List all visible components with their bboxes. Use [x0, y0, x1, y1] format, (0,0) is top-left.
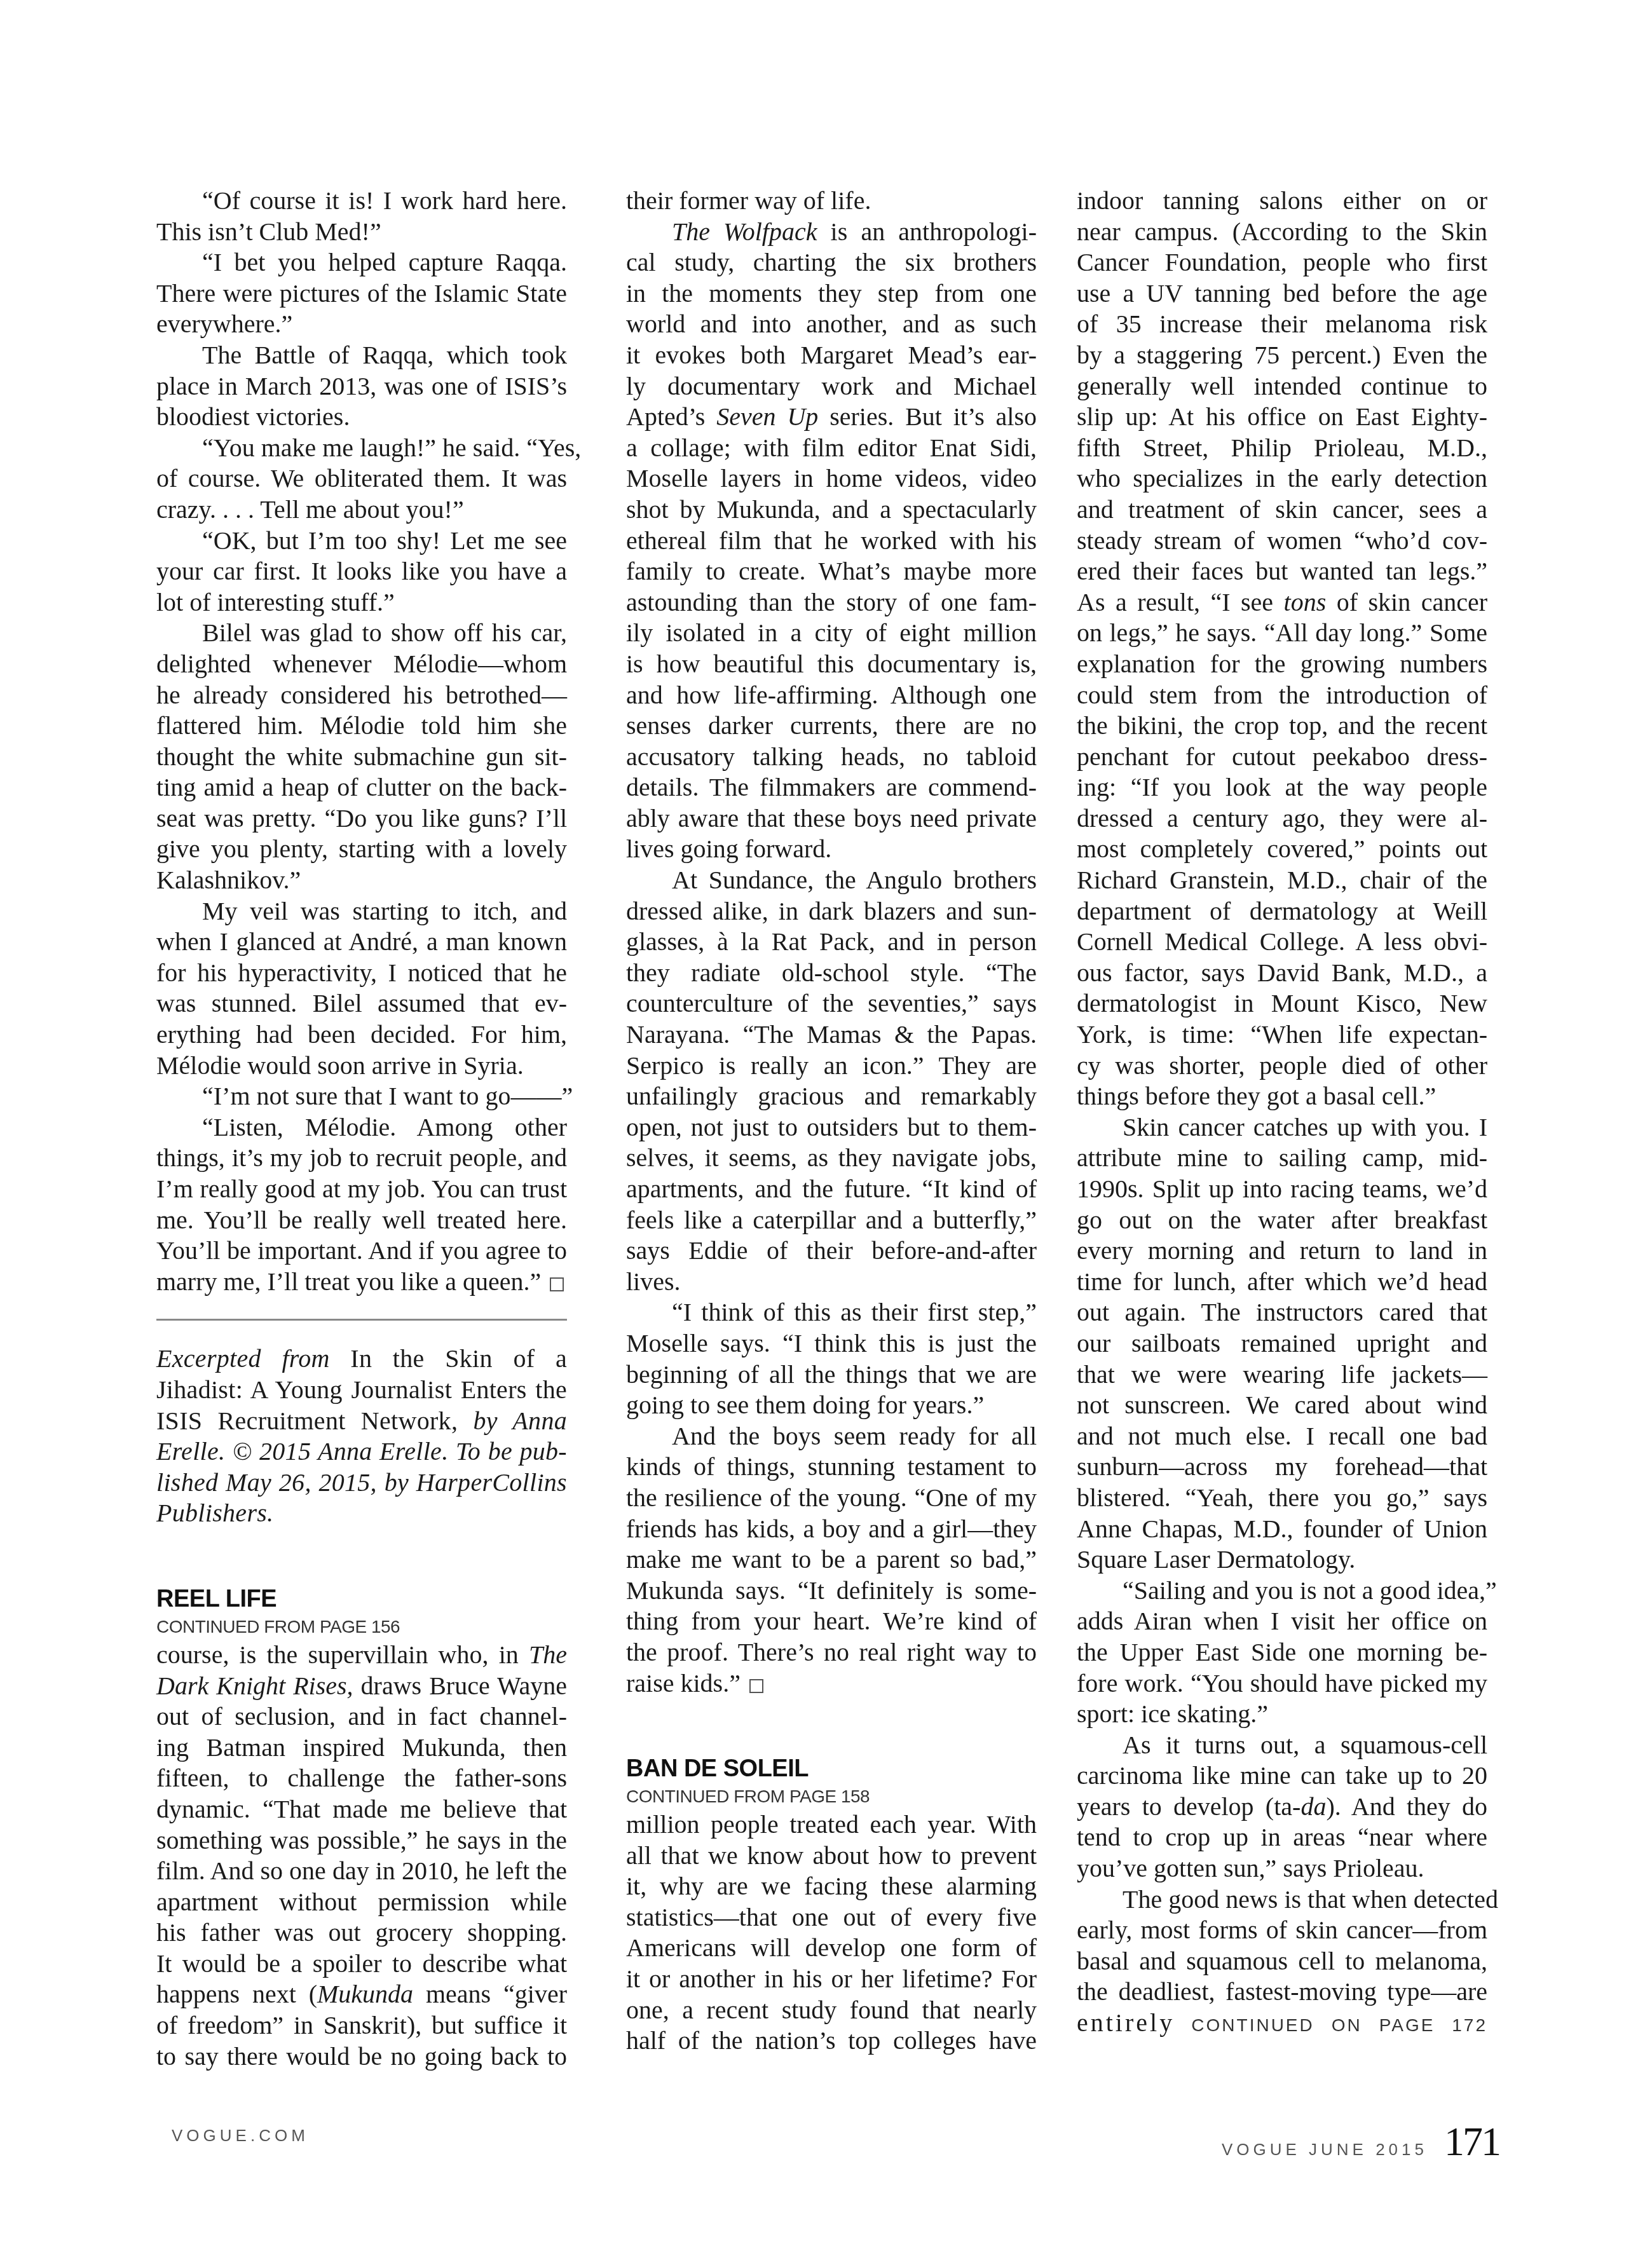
text-run: Mukunda says. “It definitely is some- — [626, 1576, 1037, 1605]
text-line: early, most forms of skin cancer—from — [1077, 1915, 1487, 1946]
text-run: fifth Street, Philip Prioleau, M.D., — [1077, 433, 1487, 462]
text-run: raise kids.” — [626, 1669, 741, 1698]
text-line: Narayana. “The Mamas & the Papas. — [626, 1019, 1037, 1051]
text-line: “You make me laugh!” he said. “Yes, — [156, 433, 567, 464]
text-run: on legs,” he says. “All day long.” Some — [1077, 618, 1487, 647]
end-of-story-square-icon — [749, 1679, 763, 1693]
text-line: open, not just to outsiders but to them- — [626, 1112, 1037, 1143]
text-run: out again. The instructors cared that — [1077, 1298, 1487, 1326]
text-run: thought the white submachine gun sit- — [156, 742, 567, 771]
text-line: explanation for the growing numbers — [1077, 649, 1487, 680]
text-run: generally well intended continue to — [1077, 372, 1487, 400]
text-run: tend to crop up in areas “near where — [1077, 1823, 1487, 1851]
italic-text: Mukunda — [317, 1980, 413, 2008]
text-run: cy was shorter, people died of other — [1077, 1051, 1487, 1080]
text-line: Anne Chapas, M.D., founder of Union — [1077, 1514, 1487, 1545]
text-run: dermatologist in Mount Kisco, New — [1077, 989, 1487, 1018]
text-line: million people treated each year. With — [626, 1809, 1037, 1841]
text-line: it, why are we facing these alarming — [626, 1871, 1037, 1902]
text-run: In the Skin of a — [330, 1344, 567, 1373]
text-run: counterculture of the seventies,” says — [626, 989, 1037, 1018]
text-line: selves, it seems, as they navigate jobs, — [626, 1143, 1037, 1174]
text-line: Dark Knight Rises, draws Bruce Wayne — [156, 1671, 567, 1702]
text-line: Moselle layers in home videos, video — [626, 463, 1037, 494]
text-line: world and into another, and as such — [626, 309, 1037, 340]
text-line: shot by Mukunda, and a spectacularly — [626, 494, 1037, 526]
text-line: astounding than the story of one fam- — [626, 587, 1037, 618]
text-line: of 35 increase their melanoma risk — [1077, 309, 1487, 340]
text-line: go out on the water after breakfast — [1077, 1205, 1487, 1236]
text-run: of 35 increase their melanoma risk — [1077, 310, 1487, 338]
text-run: Mélodie would soon arrive in Syria. — [156, 1051, 524, 1080]
text-line: they radiate old-school style. “The — [626, 958, 1037, 989]
italic-text: The — [529, 1640, 567, 1669]
text-line: Richard Granstein, M.D., chair of the — [1077, 865, 1487, 896]
text-line: At Sundance, the Angulo brothers — [626, 865, 1037, 896]
text-line: Mukunda says. “It definitely is some- — [626, 1576, 1037, 1607]
text-line: erything had been decided. For him, — [156, 1019, 567, 1051]
text-line: half of the nation’s top colleges have — [626, 2025, 1037, 2057]
text-line: ous factor, says David Bank, M.D., a — [1077, 958, 1487, 989]
text-line: flattered him. Mélodie told him she — [156, 711, 567, 742]
text-line: I’m really good at my job. You can trust — [156, 1174, 567, 1205]
text-run: As a result, “I see — [1077, 588, 1284, 616]
story-body-jihadist-excerpt: “Of course it is! I work hard here.This … — [156, 186, 567, 1297]
story-body-ban-de-soleil: million people treated each year. Withal… — [626, 1809, 1037, 2057]
text-line: sport: ice skating.” — [1077, 1699, 1487, 1730]
text-line: thing from your heart. We’re kind of — [626, 1606, 1037, 1637]
text-run: make me want to be a parent so bad,” — [626, 1545, 1037, 1574]
text-run: Bilel was glad to show off his car, — [202, 618, 567, 647]
text-line: time for lunch, after which we’d head — [1077, 1267, 1487, 1298]
text-run: it, why are we facing these alarming — [626, 1872, 1037, 1900]
text-run: slip up: At his office on East Eighty- — [1077, 402, 1487, 431]
text-line: fore work. “You should have picked my — [1077, 1668, 1487, 1699]
column-2: their former way of life.The Wolfpack is… — [626, 186, 1037, 2057]
text-run: “You make me laugh!” he said. “Yes, — [202, 433, 581, 462]
text-run: York, is time: “When life expectan- — [1077, 1020, 1487, 1049]
text-line: feels like a caterpillar and a butterfly… — [626, 1205, 1037, 1236]
section-spacer — [156, 1529, 567, 1580]
italic-text: Erelle. © 2015 Anna Erelle. To be pub- — [156, 1437, 567, 1466]
text-run: things, it’s my job to recruit people, a… — [156, 1143, 567, 1172]
text-line: the bikini, the crop top, and the recent — [1077, 711, 1487, 742]
text-line: fifteen, to challenge the father-sons — [156, 1763, 567, 1794]
text-line: adds Airan when I visit her office on — [1077, 1606, 1487, 1637]
text-run: the deadliest, fastest-moving type—are — [1077, 1977, 1487, 2006]
text-run: he already considered his betrothed— — [156, 681, 567, 709]
continued-on-jump-link[interactable]: CONTINUED ON PAGE 172 — [1191, 2015, 1487, 2035]
story-body-reel-life: course, is the supervillain who, in TheD… — [156, 1640, 567, 2072]
text-line: blistered. “Yeah, there you go,” says — [1077, 1483, 1487, 1514]
text-line: And the boys seem ready for all — [626, 1421, 1037, 1452]
text-line: slip up: At his office on East Eighty- — [1077, 402, 1487, 433]
text-run: ting amid a heap of clutter on the back- — [156, 773, 567, 801]
text-run: use a UV tanning bed before the age — [1077, 279, 1487, 308]
text-line: crazy. . . . Tell me about you!” — [156, 494, 567, 526]
text-run: out of seclusion, and in fact channel- — [156, 1702, 567, 1731]
text-run: shot by Mukunda, and a spectacularly — [626, 495, 1037, 524]
text-line: it evokes both Margaret Mead’s ear- — [626, 340, 1037, 371]
text-line: me. You’ll be really well treated here. — [156, 1205, 567, 1236]
text-run: it or another in his or her lifetime? Fo… — [626, 1964, 1037, 1993]
text-run: indoor tanning salons either on or — [1077, 186, 1487, 215]
text-run: it evokes both Margaret Mead’s ear- — [626, 341, 1037, 369]
text-run: open, not just to outsiders but to them- — [626, 1113, 1037, 1141]
text-line: details. The filmmakers are commend- — [626, 772, 1037, 803]
italic-text: Excerpted from — [156, 1344, 330, 1373]
text-line: fifth Street, Philip Prioleau, M.D., — [1077, 433, 1487, 464]
text-line: accusatory talking heads, no tabloid — [626, 742, 1037, 773]
text-line: ISIS Recruitment Network, by Anna — [156, 1406, 567, 1437]
text-line: This isn’t Club Med!” — [156, 217, 567, 248]
text-line: “OK, but I’m too shy! Let me see — [156, 526, 567, 557]
text-line: friends has kids, a boy and a girl—they — [626, 1514, 1037, 1545]
text-line: Bilel was glad to show off his car, — [156, 618, 567, 649]
text-line: the deadliest, fastest-moving type—are — [1077, 1977, 1487, 2008]
text-run: And the boys seem ready for all — [672, 1422, 1037, 1450]
text-line: everywhere.” — [156, 309, 567, 340]
text-run: of freedom” in Sanskrit), but suffice it — [156, 2011, 567, 2039]
text-run: the bikini, the crop top, and the recent — [1077, 711, 1487, 740]
text-run: years to develop (ta- — [1077, 1792, 1300, 1821]
text-line: generally well intended continue to — [1077, 371, 1487, 402]
text-line: As a result, “I see tons of skin cancer — [1077, 587, 1487, 618]
text-run: ). And they do — [1326, 1792, 1487, 1821]
text-line: every morning and return to land in — [1077, 1235, 1487, 1267]
text-line: a collage; with film editor Enat Sidi, — [626, 433, 1037, 464]
text-run: “I bet you helped capture Raqqa. — [202, 248, 567, 276]
column-1: “Of course it is! I work hard here.This … — [156, 186, 567, 2072]
text-run: they radiate old-school style. “The — [626, 958, 1037, 987]
text-run: your car first. It looks like you have a — [156, 557, 567, 585]
text-line: dressed a century ago, they were al- — [1077, 803, 1487, 834]
text-line: penchant for cutout peekaboo dress- — [1077, 742, 1487, 773]
text-line: dressed alike, in dark blazers and sun- — [626, 896, 1037, 927]
text-line: thought the white submachine gun sit- — [156, 742, 567, 773]
text-run: of course. We obliterated them. It was — [156, 464, 567, 493]
text-run: ered their faces but wanted tan legs.” — [1077, 557, 1487, 585]
text-line: you’ve gotten sun,” says Prioleau. — [1077, 1853, 1487, 1884]
text-run: and treatment of skin cancer, sees a — [1077, 495, 1487, 524]
story-body-ban-de-soleil-continued: indoor tanning salons either on ornear c… — [1077, 186, 1487, 2008]
text-run: astounding than the story of one fam- — [626, 588, 1037, 616]
text-run: fore work. “You should have picked my — [1077, 1669, 1487, 1698]
text-line: kinds of things, stunning testament to — [626, 1452, 1037, 1483]
text-run: everywhere.” — [156, 310, 292, 338]
text-run: that we were wearing life jackets— — [1077, 1360, 1487, 1389]
text-run: their former way of life. — [626, 186, 871, 215]
end-of-story-square-icon — [550, 1277, 564, 1291]
text-line: lives. — [626, 1267, 1037, 1298]
text-run: accusatory talking heads, no tabloid — [626, 742, 1037, 771]
text-line: statistics—that one out of every five — [626, 1902, 1037, 1933]
text-run: marry me, I’ll treat you like a queen.” — [156, 1267, 541, 1296]
text-run: in the moments they step from one — [626, 279, 1037, 308]
text-run: time for lunch, after which we’d head — [1077, 1267, 1487, 1296]
text-run: the proof. There’s no real right way to — [626, 1638, 1037, 1666]
text-run: dressed a century ago, they were al- — [1077, 804, 1487, 833]
text-line: by a staggering 75 percent.) Even the — [1077, 340, 1487, 371]
text-run: seat was pretty. “Do you like guns? I’ll — [156, 804, 567, 833]
text-run: It would be a spoiler to describe what — [156, 1949, 567, 1978]
text-run: explanation for the growing numbers — [1077, 650, 1487, 678]
text-run: Moselle says. “I think this is just the — [626, 1329, 1037, 1358]
text-line: “I’m not sure that I want to go——” — [156, 1081, 567, 1112]
italic-text: lished May 26, 2015, by HarperCollins — [156, 1468, 567, 1497]
text-line: course, is the supervillain who, in The — [156, 1640, 567, 1671]
text-run: me. You’ll be really well treated here. — [156, 1206, 567, 1234]
text-run: one, a recent study found that nearly — [626, 1996, 1037, 2024]
text-line: delighted whenever Mélodie—whom — [156, 649, 567, 680]
text-run: family to create. What’s maybe more — [626, 557, 1037, 585]
text-line: apartments, and the future. “It kind of — [626, 1174, 1037, 1205]
excerpt-credit: Excerpted from In the Skin of aJihadist:… — [156, 1344, 567, 1529]
text-run: beginning of all the things that we are — [626, 1360, 1037, 1389]
text-line: not sunscreen. We cared about wind — [1077, 1390, 1487, 1421]
text-run: My veil was starting to itch, and — [202, 897, 567, 925]
text-line: for his hyperactivity, I noticed that he — [156, 958, 567, 989]
text-run: place in March 2013, was one of ISIS’s — [156, 372, 567, 400]
text-line: department of dermatology at Weill — [1077, 896, 1487, 927]
text-line: Excerpted from In the Skin of a — [156, 1344, 567, 1375]
text-run: thing from your heart. We’re kind of — [626, 1607, 1037, 1635]
text-run: The Battle of Raqqa, which took — [202, 341, 567, 369]
text-line: the proof. There’s no real right way to — [626, 1637, 1037, 1668]
text-line: Mélodie would soon arrive in Syria. — [156, 1051, 567, 1082]
text-run: give you plenty, starting with a lovely — [156, 834, 567, 863]
text-run: attribute mine to sailing camp, mid- — [1077, 1143, 1487, 1172]
text-line: York, is time: “When life expectan- — [1077, 1019, 1487, 1051]
text-line: My veil was starting to itch, and — [156, 896, 567, 927]
text-run: flattered him. Mélodie told him she — [156, 711, 567, 740]
divider-rule — [156, 1319, 567, 1321]
text-run: feels like a caterpillar and a butterfly… — [626, 1206, 1037, 1234]
text-line: family to create. What’s maybe more — [626, 556, 1037, 587]
text-run: and how life-affirming. Although one — [626, 681, 1037, 709]
text-run: You’ll be important. And if you agree to — [156, 1236, 567, 1265]
italic-text: Seven Up — [716, 402, 818, 431]
text-run: go out on the water after breakfast — [1077, 1206, 1487, 1234]
continued-from-label: CONTINUED FROM PAGE 156 — [156, 1614, 567, 1640]
text-line: carcinoma like mine can take up to 20 — [1077, 1760, 1487, 1792]
text-run: ous factor, says David Bank, M.D., a — [1077, 958, 1487, 987]
text-run: basal and squamous cell to melanoma, — [1077, 1947, 1487, 1975]
text-line: basal and squamous cell to melanoma, — [1077, 1946, 1487, 1977]
text-run: ly documentary work and Michael — [626, 372, 1037, 400]
text-run: At Sundance, the Angulo brothers — [672, 866, 1037, 894]
text-run: kinds of things, stunning testament to — [626, 1452, 1037, 1481]
magazine-page: “Of course it is! I work hard here.This … — [0, 0, 1652, 2246]
italic-text: The Wolfpack — [672, 217, 817, 246]
text-line: years to develop (ta-da). And they do — [1077, 1792, 1487, 1823]
text-run: means “giver — [413, 1980, 567, 2008]
text-run: selves, it seems, as they navigate jobs, — [626, 1143, 1037, 1172]
text-line: was stunned. Bilel assumed that ev- — [156, 988, 567, 1019]
text-run: Cancer Foundation, people who first — [1077, 248, 1487, 276]
text-line: “I bet you helped capture Raqqa. — [156, 247, 567, 278]
text-line: “Listen, Mélodie. Among other — [156, 1112, 567, 1143]
text-run: dressed alike, in dark blazers and sun- — [626, 897, 1037, 925]
text-line: 1990s. Split up into racing teams, we’d — [1077, 1174, 1487, 1205]
text-line: Moselle says. “I think this is just the — [626, 1328, 1037, 1359]
text-line: Apted’s Seven Up series. But it’s also — [626, 402, 1037, 433]
text-run: his father was out grocery shopping. — [156, 1918, 567, 1947]
text-line: who specializes in the early detection — [1077, 463, 1487, 494]
text-run: could stem from the introduction of — [1077, 681, 1487, 709]
text-run: lives. — [626, 1267, 681, 1296]
text-run: penchant for cutout peekaboo dress- — [1077, 742, 1487, 771]
text-line: ing Batman inspired Mukunda, then — [156, 1732, 567, 1764]
text-run: Cornell Medical College. A less obvi- — [1077, 927, 1487, 956]
text-run: delighted whenever Mélodie—whom — [156, 650, 567, 678]
text-run: ethereal film that he worked with his — [626, 526, 1037, 555]
text-line: As it turns out, a squamous-cell — [1077, 1730, 1487, 1761]
text-run: adds Airan when I visit her office on — [1077, 1607, 1487, 1635]
text-line: place in March 2013, was one of ISIS’s — [156, 371, 567, 402]
text-line: Skin cancer catches up with you. I — [1077, 1112, 1487, 1143]
text-run: is how beautiful this documentary is, — [626, 650, 1037, 678]
text-line: of freedom” in Sanskrit), but suffice it — [156, 2010, 567, 2041]
text-run: “OK, but I’m too shy! Let me see — [202, 526, 567, 555]
text-run: million people treated each year. With — [626, 1810, 1037, 1839]
text-run: the resilience of the young. “One of my — [626, 1483, 1037, 1512]
text-run: senses darker currents, there are no — [626, 711, 1037, 740]
text-line: tend to crop up in areas “near where — [1077, 1822, 1487, 1853]
text-run: sport: ice skating.” — [1077, 1699, 1268, 1728]
text-run: sunburn—across my forehead—that — [1077, 1452, 1487, 1481]
text-line: marry me, I’ll treat you like a queen.” — [156, 1267, 567, 1298]
text-line: cy was shorter, people died of other — [1077, 1051, 1487, 1082]
text-run: “I’m not sure that I want to go——” — [202, 1082, 573, 1110]
text-run: all that we know about how to prevent — [626, 1841, 1037, 1870]
text-run: apartment without permission while — [156, 1888, 567, 1916]
text-run: was stunned. Bilel assumed that ev- — [156, 989, 567, 1018]
italic-text: by Anna — [473, 1406, 567, 1435]
text-line: There were pictures of the Islamic State — [156, 278, 567, 310]
text-run: the Upper East Side one morning be- — [1077, 1638, 1487, 1666]
text-line: out again. The instructors cared that — [1077, 1297, 1487, 1328]
text-line: beginning of all the things that we are — [626, 1359, 1037, 1391]
text-line: says Eddie of their before-and-after — [626, 1235, 1037, 1267]
text-line: raise kids.” — [626, 1668, 1037, 1699]
text-line: make me want to be a parent so bad,” — [626, 1544, 1037, 1576]
text-line: it or another in his or her lifetime? Fo… — [626, 1964, 1037, 1995]
text-run: The good news is that when detected — [1123, 1885, 1498, 1914]
text-run: of skin cancer — [1326, 588, 1487, 616]
text-line: all that we know about how to prevent — [626, 1841, 1037, 1872]
column-3: indoor tanning salons either on ornear c… — [1077, 186, 1487, 2039]
text-run: says Eddie of their before-and-after — [626, 1236, 1037, 1265]
text-run: crazy. . . . Tell me about you!” — [156, 495, 464, 524]
text-line: steady stream of women “who’d cov- — [1077, 526, 1487, 557]
text-line: apartment without permission while — [156, 1887, 567, 1918]
text-line: when I glanced at André, a man known — [156, 927, 567, 958]
text-line: Serpico is really an icon.” They are — [626, 1051, 1037, 1082]
text-run: unfailingly gracious and remarkably — [626, 1082, 1037, 1110]
text-run: is an anthropologi- — [817, 217, 1037, 246]
text-line: that we were wearing life jackets— — [1077, 1359, 1487, 1391]
text-line: lished May 26, 2015, by HarperCollins — [156, 1467, 567, 1499]
text-line: film. And so one day in 2010, he left th… — [156, 1856, 567, 1887]
text-run: ISIS Recruitment Network, — [156, 1406, 473, 1435]
text-line: ably aware that these boys need private — [626, 803, 1037, 834]
text-line: ered their faces but wanted tan legs.” — [1077, 556, 1487, 587]
text-run: most completely covered,” points out — [1077, 834, 1487, 863]
text-run: by a staggering 75 percent.) Even the — [1077, 341, 1487, 369]
text-run: things before they got a basal cell.” — [1077, 1082, 1436, 1110]
section-heading-reel-life: REEL LIFE — [156, 1584, 567, 1614]
text-line: Jihadist: A Young Journalist Enters the — [156, 1375, 567, 1406]
continued-from-label: CONTINUED FROM PAGE 158 — [626, 1784, 1037, 1809]
text-run: who specializes in the early detection — [1077, 464, 1487, 493]
text-line: the Upper East Side one morning be- — [1077, 1637, 1487, 1668]
text-run: series. But it’s also — [818, 402, 1037, 431]
text-line: he already considered his betrothed— — [156, 680, 567, 711]
text-line: Square Laser Dermatology. — [1077, 1544, 1487, 1576]
text-line: You’ll be important. And if you agree to — [156, 1235, 567, 1267]
text-line: senses darker currents, there are no — [626, 711, 1037, 742]
footer-issue-folio: VOGUE JUNE 2015 171 — [1222, 2121, 1499, 2162]
text-line: something was possible,” he says in the — [156, 1825, 567, 1856]
text-line: counterculture of the seventies,” says — [626, 988, 1037, 1019]
text-line: dermatologist in Mount Kisco, New — [1077, 988, 1487, 1019]
italic-text: Dark Knight Rises, — [156, 1671, 353, 1700]
text-line: sunburn—across my forehead—that — [1077, 1452, 1487, 1483]
text-line: our sailboats remained upright and — [1077, 1328, 1487, 1359]
text-run: details. The filmmakers are commend- — [626, 773, 1037, 801]
text-line: Kalashnikov.” — [156, 865, 567, 896]
text-run: not sunscreen. We cared about wind — [1077, 1391, 1487, 1419]
text-line: your car first. It looks like you have a — [156, 556, 567, 587]
final-line: entirely CONTINUED ON PAGE 172 — [1077, 2008, 1487, 2039]
text-line: going to see them doing for years.” — [626, 1390, 1037, 1421]
text-run: to say there would be no going back to — [156, 2042, 567, 2071]
text-line: give you plenty, starting with a lovely — [156, 834, 567, 865]
text-run: “I think of this as their first step,” — [672, 1298, 1037, 1326]
text-run: cal study, charting the six brothers — [626, 248, 1037, 276]
text-run: half of the nation’s top colleges have — [626, 2026, 1037, 2055]
text-run: “Listen, Mélodie. Among other — [202, 1113, 567, 1141]
text-line: lives going forward. — [626, 834, 1037, 865]
text-line: and treatment of skin cancer, sees a — [1077, 494, 1487, 526]
text-line: seat was pretty. “Do you like guns? I’ll — [156, 803, 567, 834]
text-line: Cornell Medical College. A less obvi- — [1077, 927, 1487, 958]
text-run: Apted’s — [626, 402, 716, 431]
text-run: dynamic. “That made me believe that — [156, 1795, 567, 1823]
text-run: glasses, à la Rat Pack, and in person — [626, 927, 1037, 956]
text-run: something was possible,” he says in the — [156, 1826, 567, 1855]
text-run: you’ve gotten sun,” says Prioleau. — [1077, 1854, 1424, 1882]
text-line: and how life-affirming. Although one — [626, 680, 1037, 711]
text-run: 1990s. Split up into racing teams, we’d — [1077, 1174, 1487, 1203]
text-run: for his hyperactivity, I noticed that he — [156, 958, 567, 987]
text-run: blistered. “Yeah, there you go,” says — [1077, 1483, 1487, 1512]
text-line: “I think of this as their first step,” — [626, 1297, 1037, 1328]
text-run: This isn’t Club Med!” — [156, 217, 381, 246]
text-run: fifteen, to challenge the father-sons — [156, 1764, 567, 1792]
text-run: Serpico is really an icon.” They are — [626, 1051, 1037, 1080]
story-body-reel-life-continued: their former way of life.The Wolfpack is… — [626, 186, 1037, 1699]
text-run: steady stream of women “who’d cov- — [1077, 526, 1487, 555]
text-run: draws Bruce Wayne — [353, 1671, 567, 1700]
text-run: Richard Granstein, M.D., chair of the — [1077, 866, 1487, 894]
text-line: to say there would be no going back to — [156, 2041, 567, 2072]
italic-text: tons — [1284, 588, 1327, 616]
text-line: things, it’s my job to recruit people, a… — [156, 1143, 567, 1174]
italic-text: Publishers. — [156, 1499, 273, 1527]
text-line: bloodiest victories. — [156, 402, 567, 433]
